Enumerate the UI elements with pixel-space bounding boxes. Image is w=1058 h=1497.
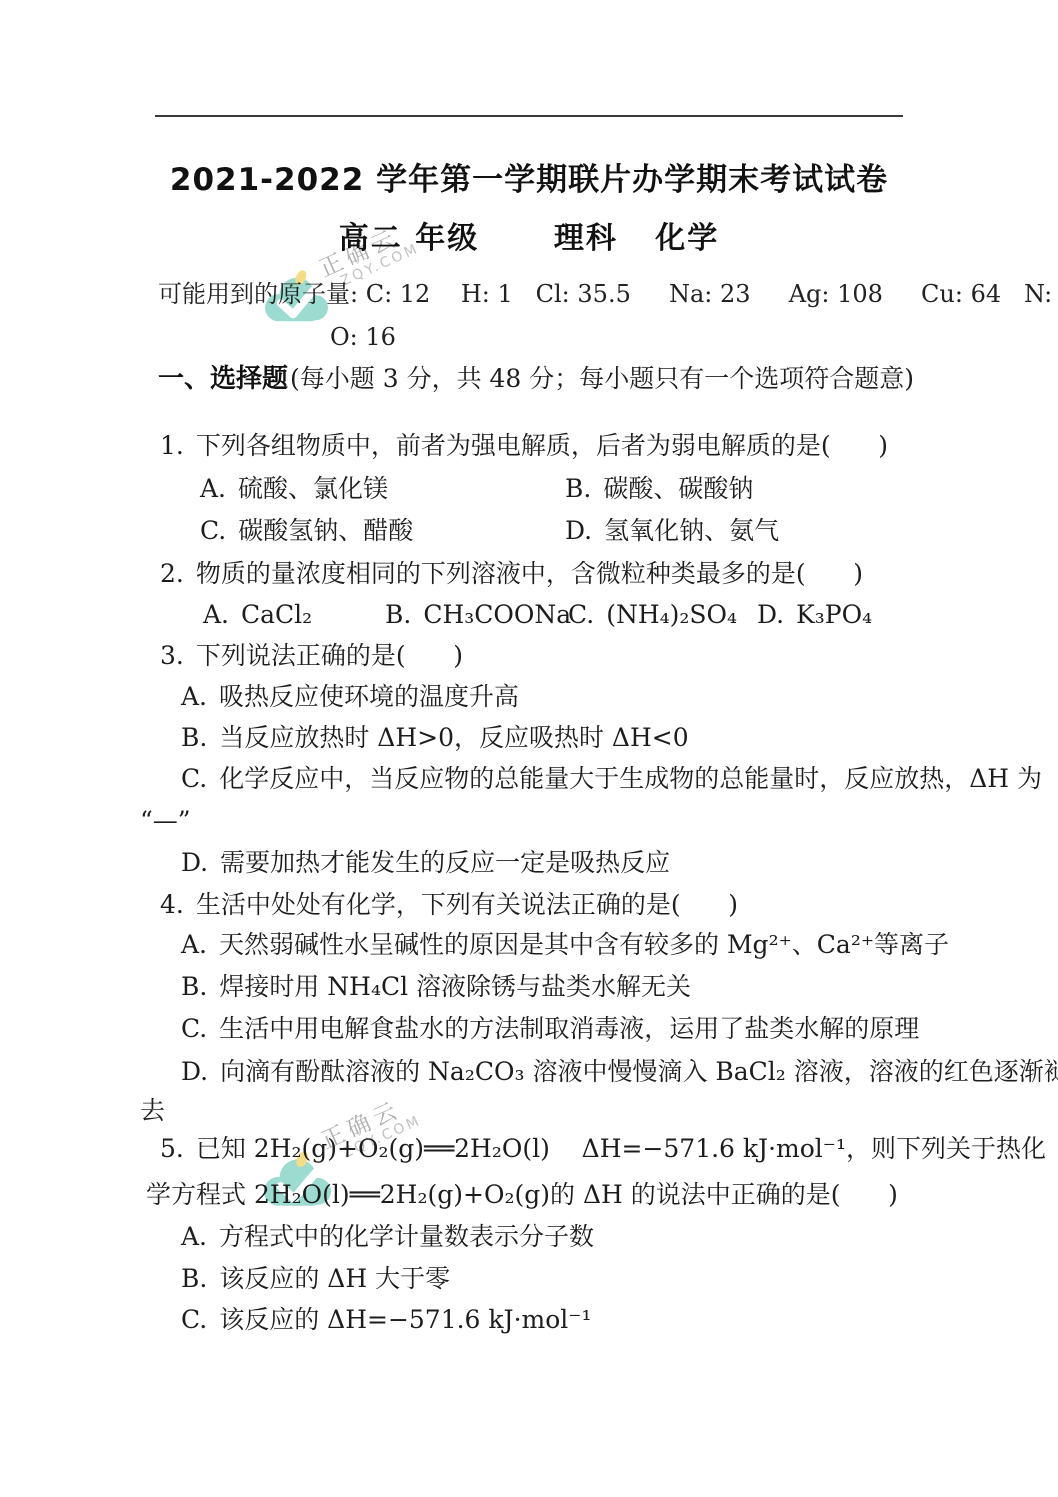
option-text: 化学反应中，当反应物的总能量大于生成物的总能量时，反应放热，ΔH 为 bbox=[219, 764, 1042, 793]
question-1: 1.下列各组物质中，前者为强电解质，后者为弱电解质的是( ) bbox=[160, 430, 888, 461]
question-4-option-d-continuation: 去 bbox=[140, 1095, 165, 1126]
question-3-option-d: D.需要加热才能发生的反应一定是吸热反应 bbox=[181, 847, 670, 878]
option-text: 焊接时用 NH₄Cl 溶液除锈与盐类水解无关 bbox=[219, 972, 691, 1001]
question-3-option-a: A.吸热反应使环境的温度升高 bbox=[181, 681, 519, 712]
question-5-continuation: 学方程式 2H₂O(l)══2H₂(g)+O₂(g)的 ΔH 的说法中正确的是(… bbox=[146, 1179, 898, 1210]
question-number: 4. bbox=[160, 890, 184, 919]
question-number: 2. bbox=[160, 559, 184, 588]
option-text: 向滴有酚酞溶液的 Na₂CO₃ 溶液中慢慢滴入 BaCl₂ 溶液，溶液的红色逐渐… bbox=[220, 1057, 1058, 1086]
question-1-option-c: C.碳酸氢钠、醋酸 bbox=[200, 515, 413, 546]
atomic-masses-line-1: 可能用到的原子量: C: 12 H: 1 Cl: 35.5 Na: 23 Ag:… bbox=[158, 279, 1058, 309]
option-text: 吸热反应使环境的温度升高 bbox=[219, 682, 519, 711]
question-text: 已知 2H₂(g)+O₂(g)══2H₂O(l) ΔH=−571.6 kJ·mo… bbox=[196, 1134, 1046, 1163]
atomic-masses-line-2: O: 16 bbox=[330, 322, 396, 352]
question-text: 物质的量浓度相同的下列溶液中，含微粒种类最多的是( ) bbox=[196, 559, 863, 588]
question-3-option-c-continuation: “—” bbox=[140, 805, 191, 836]
top-rule bbox=[155, 115, 903, 117]
option-label: D. bbox=[757, 600, 784, 629]
option-text: 生活中用电解食盐水的方法制取消毒液，运用了盐类水解的原理 bbox=[219, 1014, 919, 1043]
option-label: C. bbox=[181, 1014, 207, 1043]
question-text: 下列各组物质中，前者为强电解质，后者为弱电解质的是( ) bbox=[196, 431, 888, 460]
question-4-option-a: A.天然弱碱性水呈碱性的原因是其中含有较多的 Mg²⁺、Ca²⁺等离子 bbox=[181, 929, 949, 960]
question-4-option-d: D.向滴有酚酞溶液的 Na₂CO₃ 溶液中慢慢滴入 BaCl₂ 溶液，溶液的红色… bbox=[181, 1056, 1058, 1087]
exam-subtitle: 高二 年级 理科 化学 bbox=[0, 220, 1058, 258]
question-number: 5. bbox=[160, 1134, 184, 1163]
option-text: 氢氧化钠、氨气 bbox=[604, 516, 779, 545]
option-label: A. bbox=[181, 930, 207, 959]
option-label: A. bbox=[203, 600, 229, 629]
option-text: 需要加热才能发生的反应一定是吸热反应 bbox=[220, 848, 670, 877]
option-text: 碳酸、碳酸钠 bbox=[603, 474, 753, 503]
question-2-option-b: B.CH₃COONa bbox=[385, 599, 571, 630]
option-label: B. bbox=[385, 600, 411, 629]
question-3: 3.下列说法正确的是( ) bbox=[160, 640, 463, 671]
question-2: 2.物质的量浓度相同的下列溶液中，含微粒种类最多的是( ) bbox=[160, 558, 863, 589]
question-number: 3. bbox=[160, 641, 184, 670]
question-4-option-b: B.焊接时用 NH₄Cl 溶液除锈与盐类水解无关 bbox=[181, 971, 691, 1002]
option-text: K₃PO₄ bbox=[796, 600, 872, 629]
option-label: B. bbox=[181, 1264, 207, 1293]
question-2-option-a: A.CaCl₂ bbox=[203, 599, 312, 630]
option-text: CaCl₂ bbox=[241, 600, 312, 629]
section-heading-rest: (每小题 3 分，共 48 分；每小题只有一个选项符合题意) bbox=[290, 364, 914, 393]
option-label: B. bbox=[181, 723, 207, 752]
option-text: 硫酸、氯化镁 bbox=[238, 474, 388, 503]
option-label: A. bbox=[181, 682, 207, 711]
question-2-option-d: D.K₃PO₄ bbox=[757, 599, 872, 630]
question-1-option-b: B.碳酸、碳酸钠 bbox=[565, 473, 753, 504]
option-label: C. bbox=[181, 764, 207, 793]
option-label: A. bbox=[181, 1222, 207, 1251]
question-4: 4.生活中处处有化学，下列有关说法正确的是( ) bbox=[160, 889, 738, 920]
option-text: 天然弱碱性水呈碱性的原因是其中含有较多的 Mg²⁺、Ca²⁺等离子 bbox=[219, 930, 949, 959]
option-text: 碳酸氢钠、醋酸 bbox=[238, 516, 413, 545]
question-text: 下列说法正确的是( ) bbox=[196, 641, 463, 670]
option-text: 当反应放热时 ΔH>0，反应吸热时 ΔH<0 bbox=[219, 723, 688, 752]
exam-title: 2021-2022 学年第一学期联片办学期末考试试卷 bbox=[0, 161, 1058, 200]
option-text: 方程式中的化学计量数表示分子数 bbox=[219, 1222, 594, 1251]
section-heading-bold: 一、选择题 bbox=[158, 364, 288, 394]
question-number: 1. bbox=[160, 431, 184, 460]
question-1-option-a: A.硫酸、氯化镁 bbox=[200, 473, 388, 504]
question-2-option-c: C.(NH₄)₂SO₄ bbox=[568, 599, 737, 630]
option-label: D. bbox=[181, 1057, 208, 1086]
option-text: 该反应的 ΔH=−571.6 kJ·mol⁻¹ bbox=[219, 1305, 591, 1334]
option-label: C. bbox=[181, 1305, 207, 1334]
option-label: C. bbox=[568, 600, 594, 629]
question-5-option-c: C.该反应的 ΔH=−571.6 kJ·mol⁻¹ bbox=[181, 1304, 592, 1335]
question-4-option-c: C.生活中用电解食盐水的方法制取消毒液，运用了盐类水解的原理 bbox=[181, 1013, 919, 1044]
question-1-option-d: D.氢氧化钠、氨气 bbox=[565, 515, 779, 546]
option-label: B. bbox=[181, 972, 207, 1001]
option-text: CH₃COONa bbox=[423, 600, 571, 629]
option-text: (NH₄)₂SO₄ bbox=[606, 600, 737, 629]
question-5: 5.已知 2H₂(g)+O₂(g)══2H₂O(l) ΔH=−571.6 kJ·… bbox=[160, 1133, 1046, 1164]
option-text: 该反应的 ΔH 大于零 bbox=[219, 1264, 450, 1293]
option-label: D. bbox=[565, 516, 592, 545]
question-5-option-b: B.该反应的 ΔH 大于零 bbox=[181, 1263, 450, 1294]
question-3-option-b: B.当反应放热时 ΔH>0，反应吸热时 ΔH<0 bbox=[181, 722, 689, 753]
option-label: B. bbox=[565, 474, 591, 503]
option-label: D. bbox=[181, 848, 208, 877]
question-5-option-a: A.方程式中的化学计量数表示分子数 bbox=[181, 1221, 594, 1252]
exam-paper-page: 正确云 ZQY.COM 正确云 ZQY.COM 2021-2022 学年第一学期… bbox=[0, 0, 1058, 1497]
option-label: A. bbox=[200, 474, 226, 503]
question-text: 生活中处处有化学，下列有关说法正确的是( ) bbox=[196, 890, 738, 919]
question-3-option-c: C.化学反应中，当反应物的总能量大于生成物的总能量时，反应放热，ΔH 为 bbox=[181, 763, 1042, 794]
section-heading: 一、选择题(每小题 3 分，共 48 分；每小题只有一个选项符合题意) bbox=[158, 363, 914, 396]
option-label: C. bbox=[200, 516, 226, 545]
